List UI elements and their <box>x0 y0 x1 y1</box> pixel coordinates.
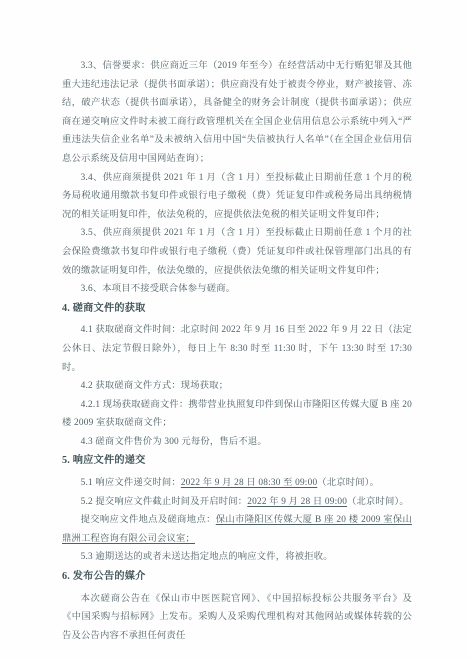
clause-3-5-social-insurance: 3.5、供应商须提供 2021 年 1 月（含 1 月）至投标截止日期前任意 1… <box>62 224 412 280</box>
section-5-heading: 5. 响应文件的递交 <box>62 452 412 471</box>
clause-5-2-deadline-time: 5.2 提交响应文件截止时间及开启时间：2022 年 9 月 28 日 09:0… <box>62 493 412 512</box>
clause-5-1-label: 5.1 响应文件递交时间： <box>81 478 181 488</box>
clause-5-2-label: 5.2 提交响应文件截止时间及开启时间： <box>81 497 248 507</box>
clause-5-1-submission-time: 5.1 响应文件递交时间：2022 年 9 月 28 日 08:30 至 09:… <box>62 474 412 493</box>
clause-3-4-tax-certificate: 3.4、供应商须提供 2021 年 1 月（含 1 月）至投标截止日期前任意 1… <box>62 169 412 225</box>
submission-time-value: 2022 年 9 月 28 日 08:30 至 09:00 <box>181 478 317 488</box>
clause-6-announcement-media: 本次磋商公告在《保山市中医医院官网》、《中国招标投标公共服务平台》及《中国采购与… <box>62 590 412 646</box>
document-content: 3.3、信誉要求：供应商近三年（2019 年至今）在经营活动中无行贿犯罪及其他重… <box>62 57 412 645</box>
clause-5-1-suffix: （北京时间）。 <box>317 478 379 488</box>
clause-5-2-suffix: （北京时间）。 <box>347 497 409 507</box>
section-4-heading: 4. 磋商文件的获取 <box>62 300 412 319</box>
submission-location-label: 提交响应文件地点及磋商地点： <box>81 515 216 525</box>
clause-3-6-no-consortium: 3.6、本项目不接受联合体参与磋商。 <box>62 280 412 299</box>
clause-4-2-document-method: 4.2 获取磋商文件方式：现场获取； <box>62 377 412 396</box>
clause-4-1-document-time: 4.1 获取磋商文件时间：北京时间 2022 年 9 月 16 日至 2022 … <box>62 321 412 377</box>
clause-5-3-late-rejection: 5.3 逾期送达的或者未送达指定地点的响应文件，将被拒收。 <box>62 548 412 567</box>
clause-3-3-credit-requirements: 3.3、信誉要求：供应商近三年（2019 年至今）在经营活动中无行贿犯罪及其他重… <box>62 57 412 169</box>
clause-4-3-document-price: 4.3 磋商文件售价为 300 元每份，售后不退。 <box>62 433 412 452</box>
deadline-time-value: 2022 年 9 月 28 日 09:00 <box>247 497 347 507</box>
document-page: 3.3、信誉要求：供应商近三年（2019 年至今）在经营活动中无行贿犯罪及其他重… <box>0 0 469 659</box>
section-6-heading: 6. 发布公告的媒介 <box>62 568 412 587</box>
clause-4-2-1-onsite-pickup: 4.2.1 现场获取磋商文件：携带营业执照复印件到保山市隆阳区传媒大厦 B 座 … <box>62 396 412 433</box>
clause-5-submission-location: 提交响应文件地点及磋商地点：保山市隆阳区传媒大厦 B 座 20 楼 2009 室… <box>62 511 412 548</box>
